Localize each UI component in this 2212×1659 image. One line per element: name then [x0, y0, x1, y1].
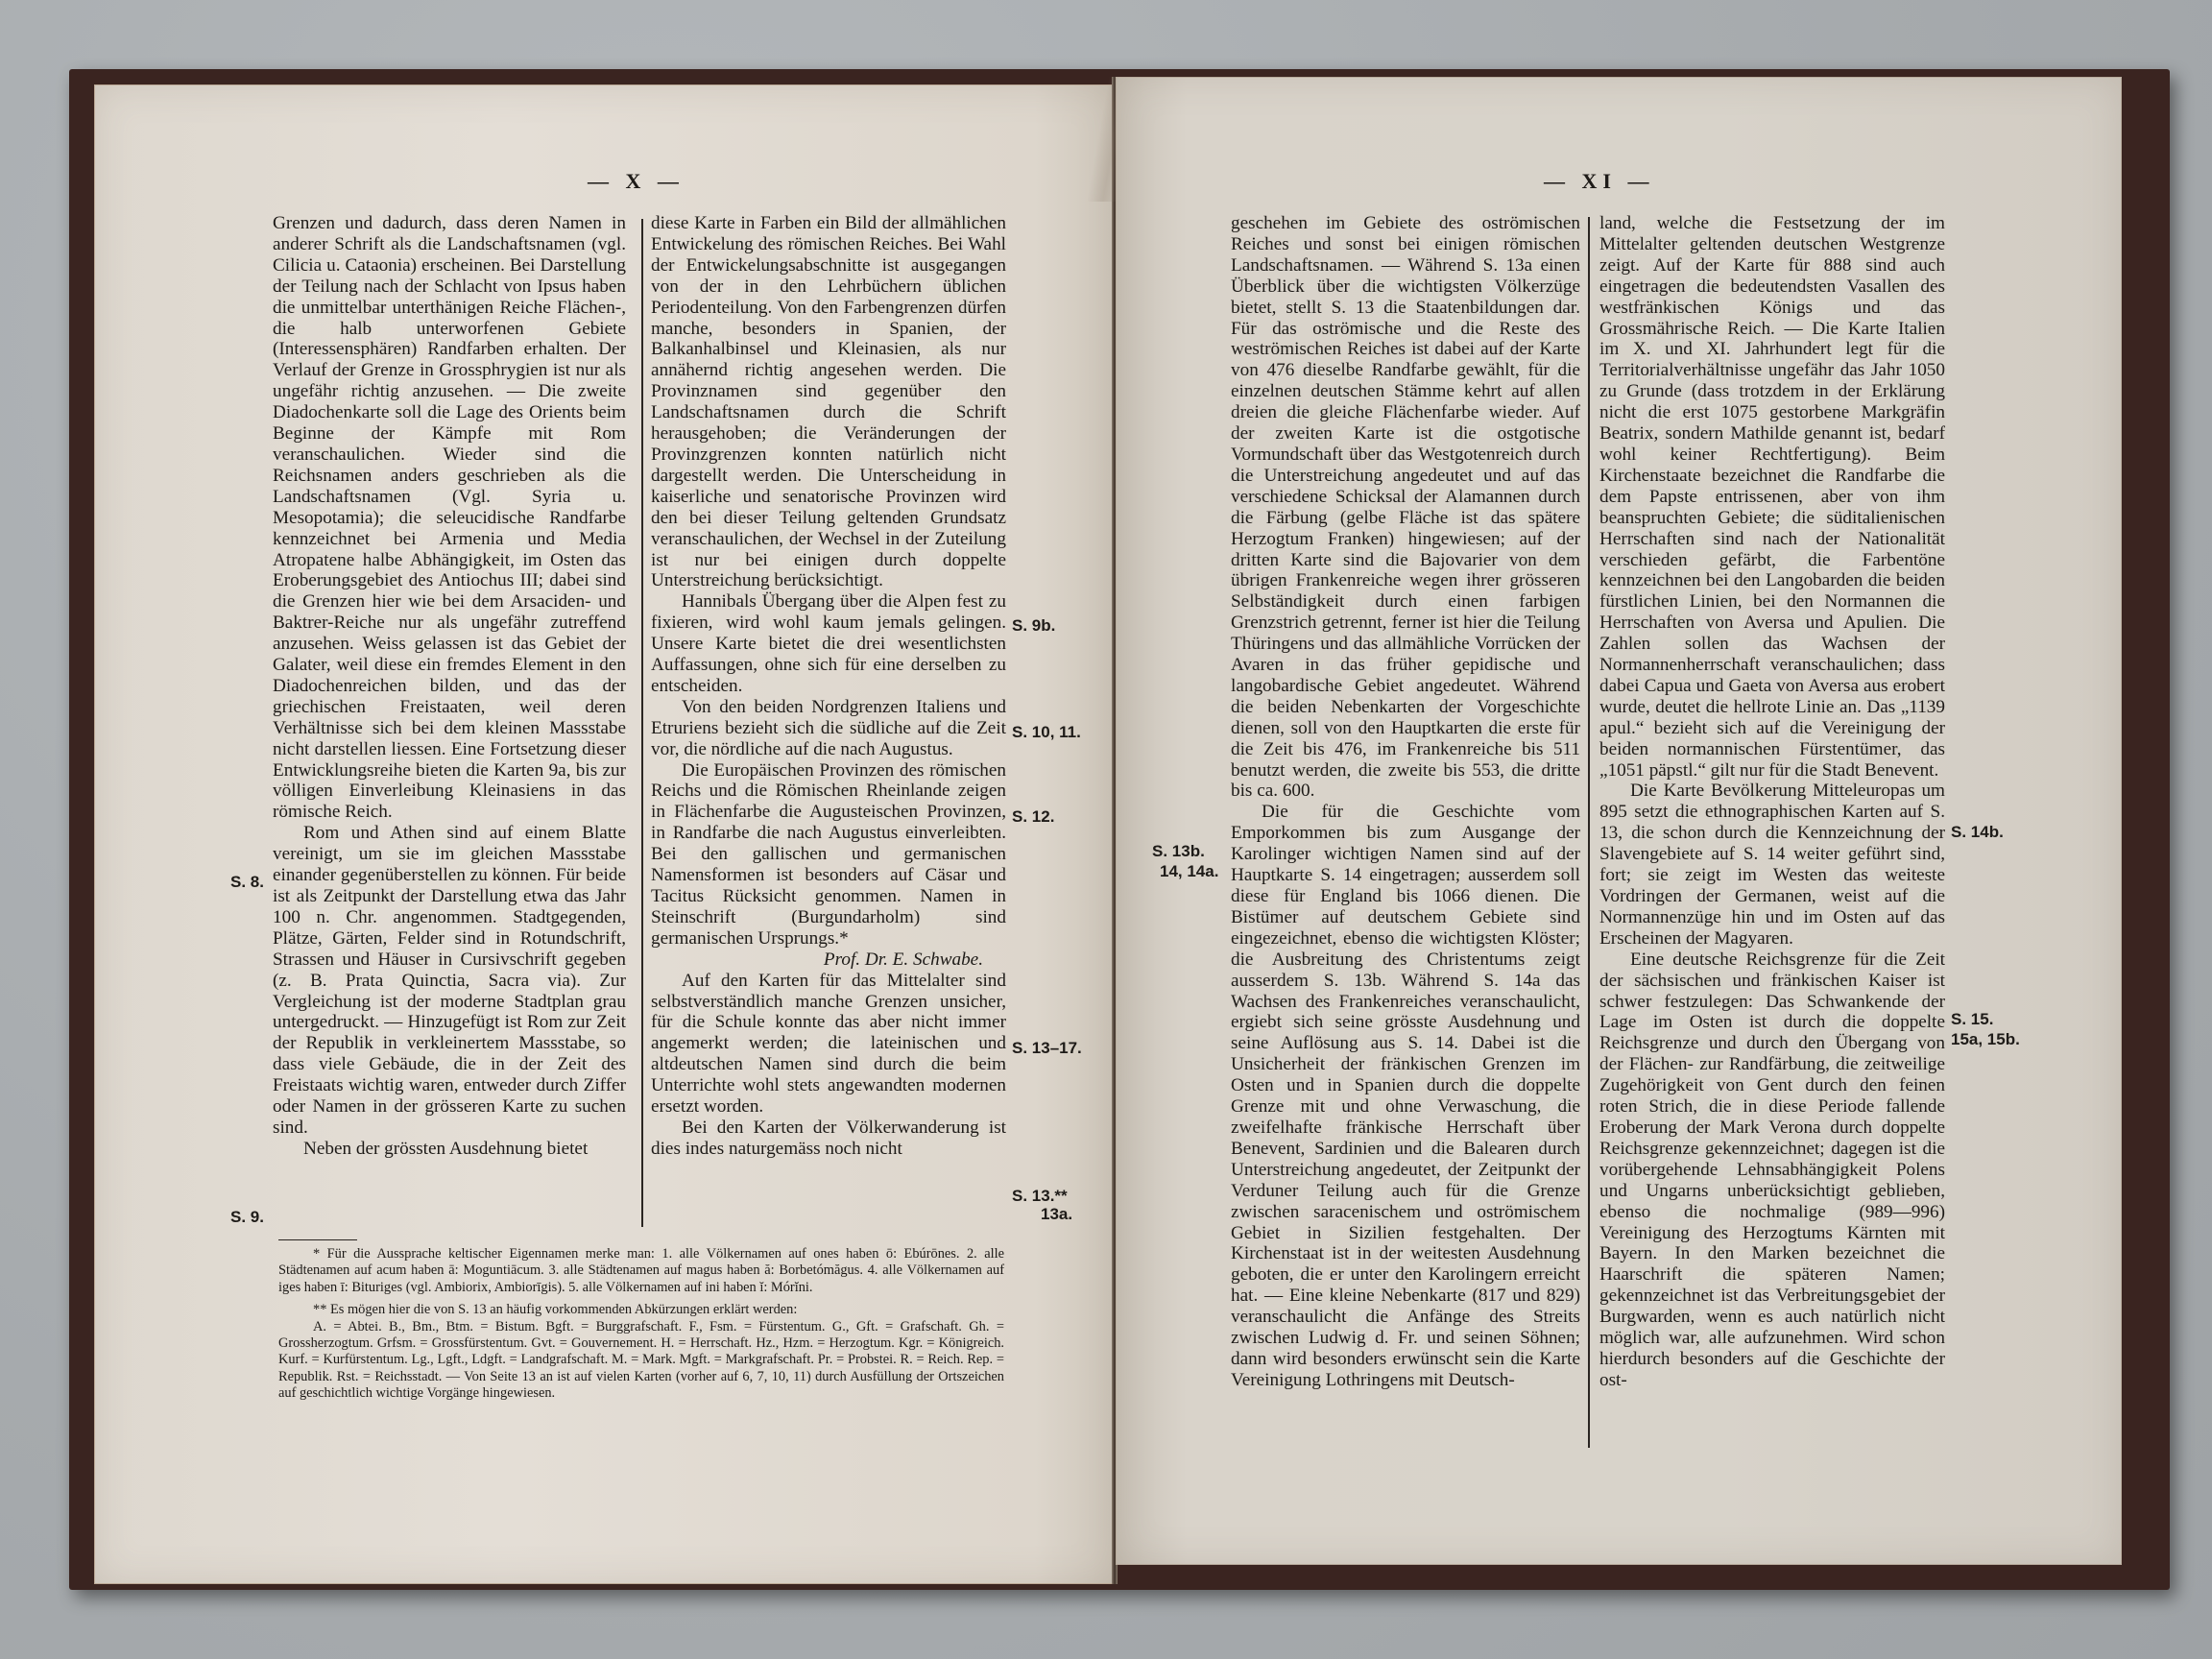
margin-note: S. 10, 11. [1012, 722, 1081, 742]
left-page-number: — X — [588, 169, 685, 194]
right-column-2: land, welche die Festsetzung der im Mitt… [1599, 213, 1945, 1391]
margin-note: S. 14b. [1951, 822, 2004, 842]
column-divider [641, 219, 643, 1227]
paragraph: Grenzen und dadurch, dass deren Namen in… [273, 213, 626, 823]
left-column-1: Grenzen und dadurch, dass deren Namen in… [273, 213, 626, 1160]
left-column-2: diese Karte in Farben ein Bild der allmä… [651, 213, 1006, 1160]
paragraph: Rom und Athen sind auf einem Blatte vere… [273, 823, 626, 1139]
paragraph: Die Karte Bevölkerung Mitteleuropas um 8… [1599, 781, 1945, 949]
paragraph: Die für die Geschichte vom Emporkommen b… [1231, 802, 1580, 1390]
paragraph: Von den beiden Nordgrenzen Italiens und … [651, 697, 1006, 760]
margin-note: S. 13b. [1152, 841, 1205, 861]
margin-note: S. 13.** [1012, 1186, 1068, 1206]
paragraph: Neben der grössten Ausdehnung bietet [273, 1139, 626, 1160]
footnote: A. = Abtei. B., Bm., Btm. = Bistum. Bgft… [278, 1319, 1004, 1403]
margin-note: 13a. [1041, 1204, 1072, 1224]
margin-note: S. 15. [1951, 1009, 1993, 1029]
margin-note: S. 8. [230, 872, 264, 892]
margin-note: S. 9b. [1012, 615, 1055, 636]
paragraph: Eine deutsche Reichsgrenze für die Zeit … [1599, 950, 1945, 1391]
paragraph: Bei den Karten der Völkerwanderung ist d… [651, 1118, 1006, 1160]
column-divider [1588, 217, 1590, 1448]
paragraph: Auf den Karten für das Mittelalter sind … [651, 971, 1006, 1118]
author-signature: Prof. Dr. E. Schwabe. [651, 950, 1006, 971]
footnote-rule [278, 1239, 357, 1240]
paragraph: geschehen im Gebiete des oströmischen Re… [1231, 213, 1580, 802]
footnotes: * Für die Aussprache keltischer Eigennam… [278, 1246, 1004, 1403]
margin-note: 15a, 15b. [1951, 1029, 2020, 1049]
right-page-number: — XI — [1544, 169, 1654, 194]
margin-note: S. 9. [230, 1207, 264, 1227]
margin-note: S. 13–17. [1012, 1038, 1082, 1058]
paragraph: diese Karte in Farben ein Bild der allmä… [651, 213, 1006, 591]
paragraph: land, welche die Festsetzung der im Mitt… [1599, 213, 1945, 781]
footnote: ** Es mögen hier die von S. 13 an häufig… [278, 1302, 1004, 1318]
paragraph: Die Europäischen Provinzen des römischen… [651, 760, 1006, 950]
footnote: * Für die Aussprache keltischer Eigennam… [278, 1246, 1004, 1296]
margin-note: S. 12. [1012, 806, 1054, 827]
paragraph: Hannibals Übergang über die Alpen fest z… [651, 591, 1006, 697]
margin-note: 14, 14a. [1160, 861, 1218, 881]
right-column-1: geschehen im Gebiete des oströmischen Re… [1231, 213, 1580, 1391]
